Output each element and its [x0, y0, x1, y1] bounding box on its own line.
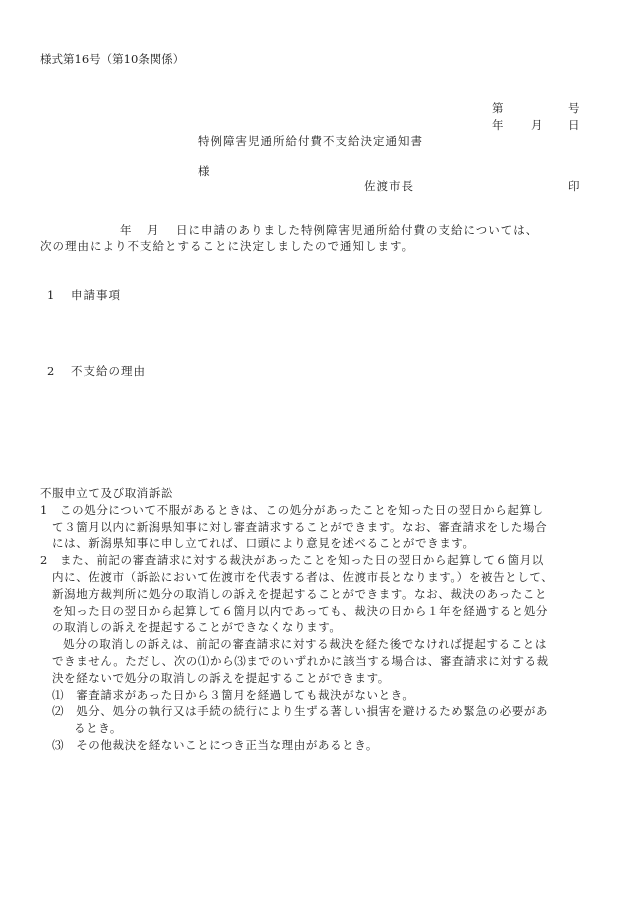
appeal-line: できません。ただし、次の⑴から⑶までのいずれかに該当する場合は、審査請求に対する… [40, 653, 600, 670]
number-suffix: 号 [568, 100, 580, 116]
appeal-line: 2 また、前記の審査請求に対する裁決があったことを知った日の翌日から起算して６箇… [40, 552, 600, 569]
section-2-number: 2 [47, 363, 54, 379]
appeal-notice: 不服申立て及び取消訴訟 1 この処分について不服があるときは、この処分があったこ… [40, 485, 600, 754]
appeal-line: て３箇月以内に新潟県知事に対し審査請求することができます。なお、審査請求をした場… [40, 519, 600, 536]
appeal-line: には、新潟県知事に申し立てれば、口頭により意見を述べることができます。 [40, 535, 600, 552]
document-title: 特例障害児通所給付費不支給決定通知書 [198, 133, 423, 149]
appeal-line: の取消しの訴えを提起することができなくなります。 [40, 619, 600, 636]
date-day: 日 [568, 117, 580, 133]
date-year: 年 [492, 117, 504, 133]
appeal-line: 1 この処分について不服があるときは、この処分があったことを知った日の翌日から起… [40, 502, 600, 519]
date-month: 月 [531, 117, 543, 133]
appeal-line: を知った日の翌日から起算して６箇月以内であっても、裁決の日から１年を経過すると処… [40, 603, 600, 620]
form-label: 様式第16号（第10条関係） [40, 51, 184, 67]
appeal-line: 処分の取消しの訴えは、前記の審査請求に対する裁決を経た後でなければ提起することは [40, 636, 600, 653]
intro-month: 月 [147, 222, 160, 238]
appeal-heading: 不服申立て及び取消訴訟 [40, 485, 600, 502]
appeal-subitem: ⑵ 処分、処分の執行又は手続の続行により生ずる著しい損害を避けるため緊急の必要が… [40, 703, 600, 720]
appeal-subitem: ⑴ 審査請求があった日から３箇月を経過しても裁決がないとき。 [40, 687, 600, 704]
intro-year: 年 [120, 222, 133, 238]
appeal-subitem: ⑶ その他裁決を経ないことにつき正当な理由があるとき。 [40, 737, 600, 754]
section-1-label: 申請事項 [71, 287, 121, 303]
section-2-label: 不支給の理由 [71, 363, 146, 379]
appeal-subitem: るとき。 [40, 720, 600, 737]
appeal-line: 新潟地方裁判所に処分の取消しの訴えを提起することができます。なお、裁決のあったこ… [40, 586, 600, 603]
intro-line1: 日に申請のありました特例障害児通所給付費の支給については、 [176, 222, 538, 238]
appeal-line: 内に、佐渡市（訴訟において佐渡市を代表する者は、佐渡市長となります。）を被告とし… [40, 569, 600, 586]
seal-mark: 印 [568, 178, 580, 194]
appeal-line: 決を経ないで処分の取消しの訴えを提起することができます。 [40, 670, 600, 687]
section-1-number: 1 [47, 287, 54, 303]
recipient-suffix: 様 [198, 163, 210, 179]
intro-line2: 次の理由により不支給とすることに決定しましたので通知します。 [40, 238, 414, 254]
number-prefix: 第 [492, 100, 504, 116]
issuer-name: 佐渡市長 [364, 178, 414, 194]
